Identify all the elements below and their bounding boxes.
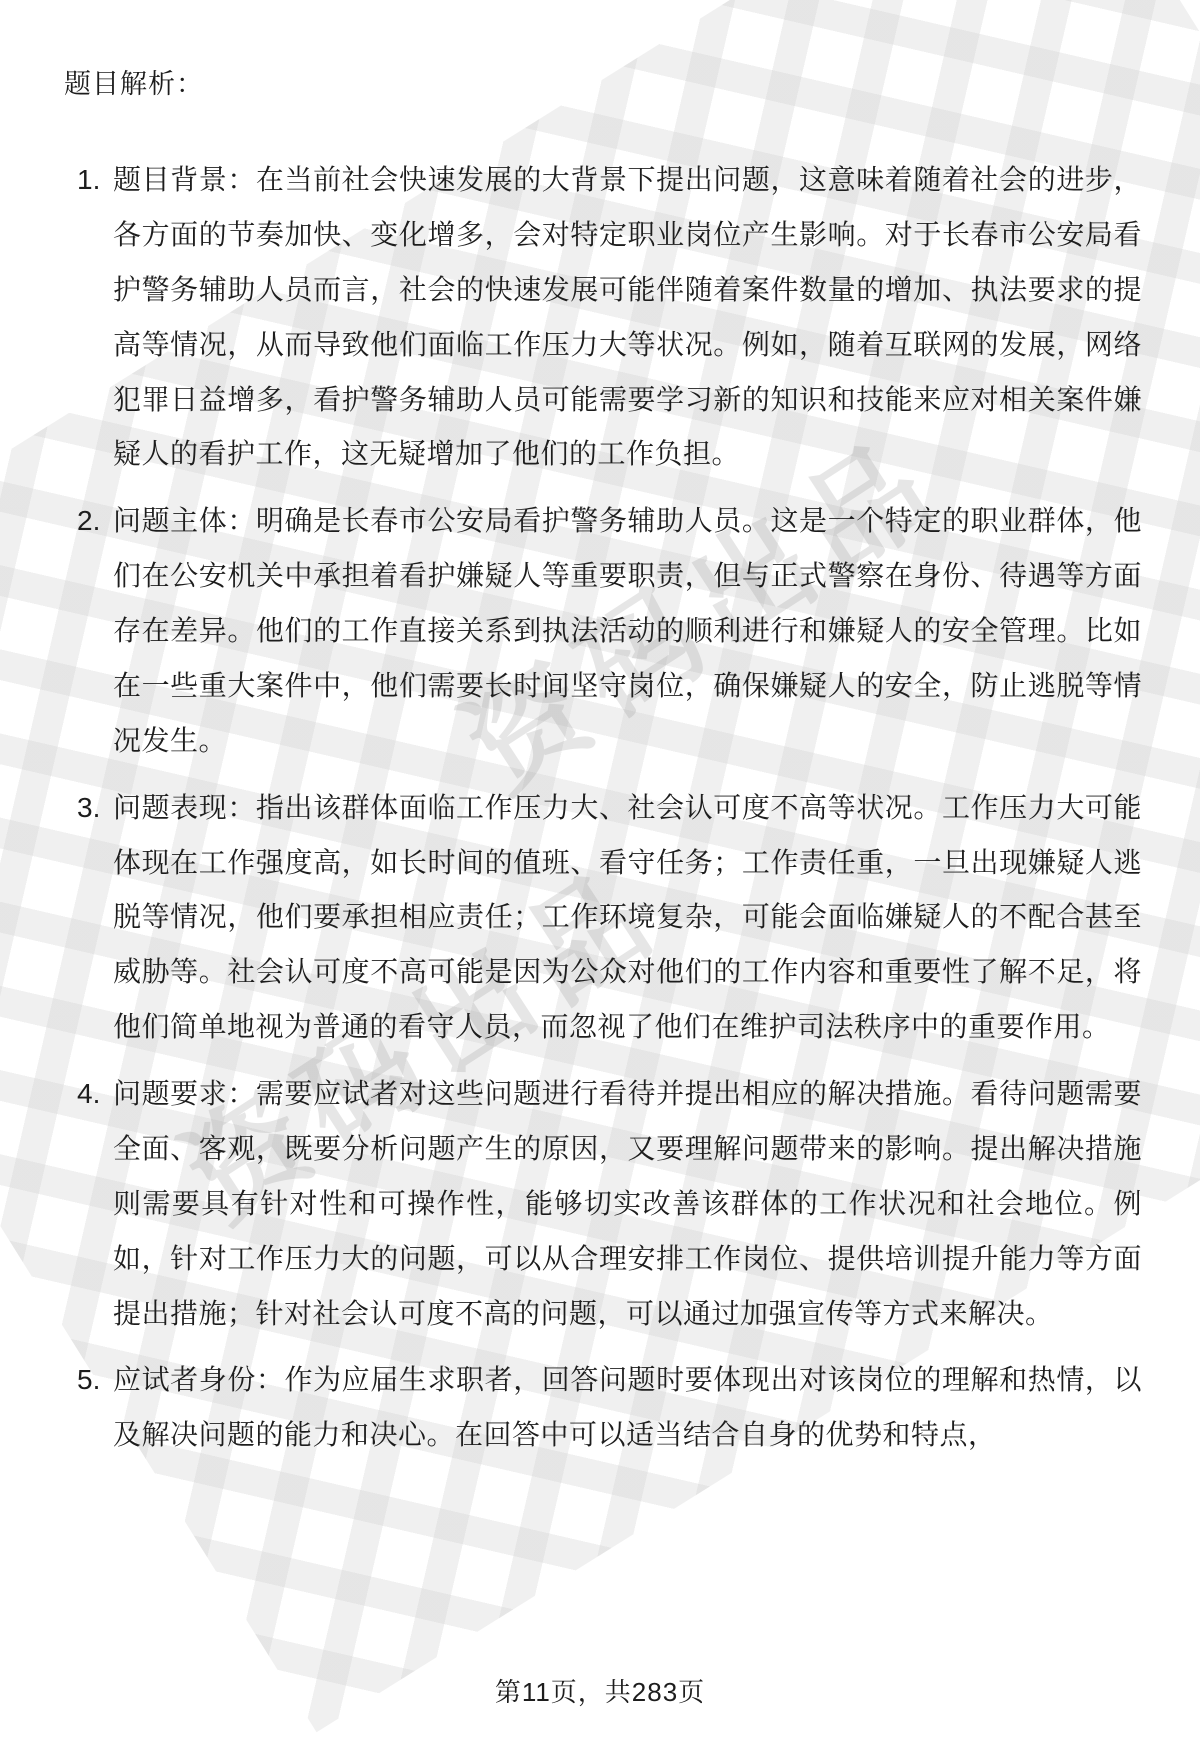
item-number: 3. (64, 781, 113, 1055)
item-text: 题目背景：在当前社会快速发展的大背景下提出问题，这意味着随着社会的进步，各方面的… (113, 153, 1142, 482)
item-number: 1. (64, 153, 113, 482)
document-page: 资码出品 资码出品 题目解析： 1. 题目背景：在当前社会快速发展的大背景下提出… (0, 0, 1200, 1755)
analysis-list: 1. 题目背景：在当前社会快速发展的大背景下提出问题，这意味着随着社会的进步，各… (64, 153, 1142, 1463)
list-item: 5. 应试者身份：作为应届生求职者，回答问题时要体现出对该岗位的理解和热情，以及… (64, 1353, 1142, 1463)
item-number: 2. (64, 494, 113, 768)
list-item: 1. 题目背景：在当前社会快速发展的大背景下提出问题，这意味着随着社会的进步，各… (64, 153, 1142, 482)
item-text: 应试者身份：作为应届生求职者，回答问题时要体现出对该岗位的理解和热情，以及解决问… (113, 1353, 1142, 1463)
page-title: 题目解析： (64, 62, 1142, 101)
item-text: 问题主体：明确是长春市公安局看护警务辅助人员。这是一个特定的职业群体，他们在公安… (113, 494, 1142, 768)
document-body: 题目解析： 1. 题目背景：在当前社会快速发展的大背景下提出问题，这意味着随着社… (64, 62, 1142, 1475)
item-text: 问题要求：需要应试者对这些问题进行看待并提出相应的解决措施。看待问题需要全面、客… (113, 1067, 1142, 1341)
item-number: 5. (64, 1353, 113, 1463)
item-number: 4. (64, 1067, 113, 1341)
list-item: 3. 问题表现：指出该群体面临工作压力大、社会认可度不高等状况。工作压力大可能体… (64, 781, 1142, 1055)
list-item: 2. 问题主体：明确是长春市公安局看护警务辅助人员。这是一个特定的职业群体，他们… (64, 494, 1142, 768)
list-item: 4. 问题要求：需要应试者对这些问题进行看待并提出相应的解决措施。看待问题需要全… (64, 1067, 1142, 1341)
item-text: 问题表现：指出该群体面临工作压力大、社会认可度不高等状况。工作压力大可能体现在工… (113, 781, 1142, 1055)
page-number: 第11页，共283页 (0, 1672, 1200, 1709)
